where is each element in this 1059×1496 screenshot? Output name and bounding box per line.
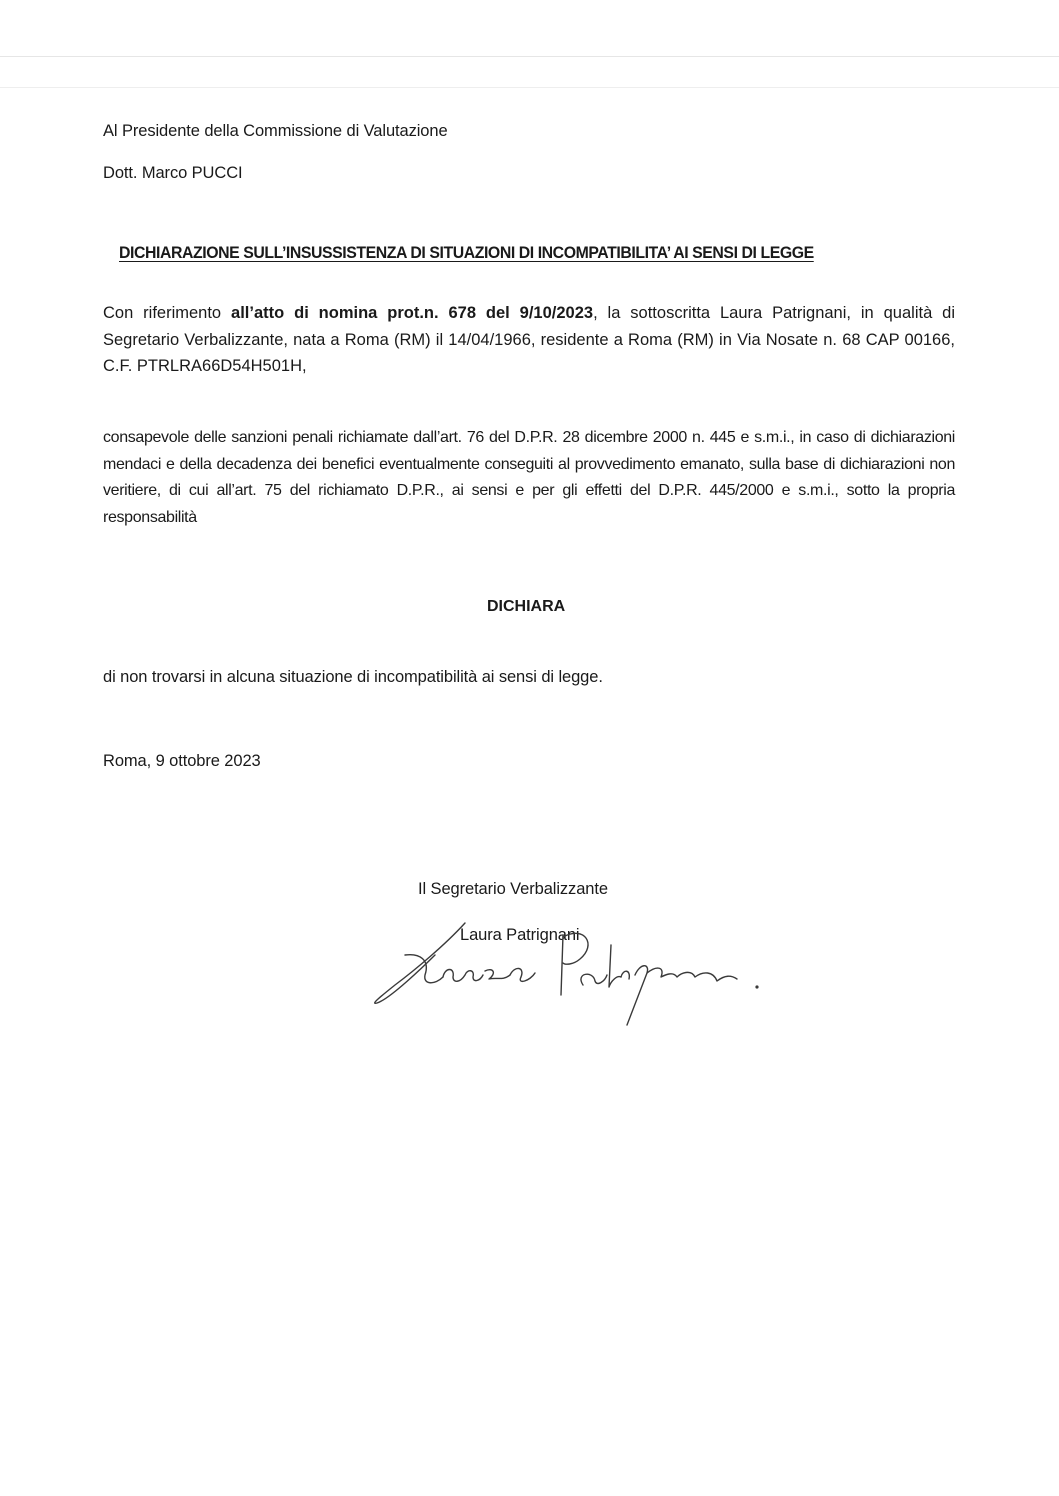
reference-lead: Con riferimento xyxy=(103,304,231,322)
place-and-date: Roma, 9 ottobre 2023 xyxy=(103,750,261,772)
declaration-heading: DICHIARA xyxy=(487,598,565,616)
scan-artifact-line xyxy=(0,56,1059,57)
signature-role: Il Segretario Verbalizzante xyxy=(418,878,608,900)
nomination-act-reference: all’atto di nomina prot.n. 678 del 9/10/… xyxy=(231,304,593,322)
recipient-name: Dott. Marco PUCCI xyxy=(103,162,243,184)
reference-paragraph: Con riferimento all’atto di nomina prot.… xyxy=(103,300,955,380)
recipient-line: Al Presidente della Commissione di Valut… xyxy=(103,120,448,142)
legal-awareness-paragraph: consapevole delle sanzioni penali richia… xyxy=(103,425,955,531)
scan-artifact-line xyxy=(0,87,1059,88)
handwritten-signature-icon xyxy=(365,915,765,1030)
document-title: DICHIARAZIONE SULL’INSUSSISTENZA DI SITU… xyxy=(119,244,908,263)
declaration-text: di non trovarsi in alcuna situazione di … xyxy=(103,666,603,688)
